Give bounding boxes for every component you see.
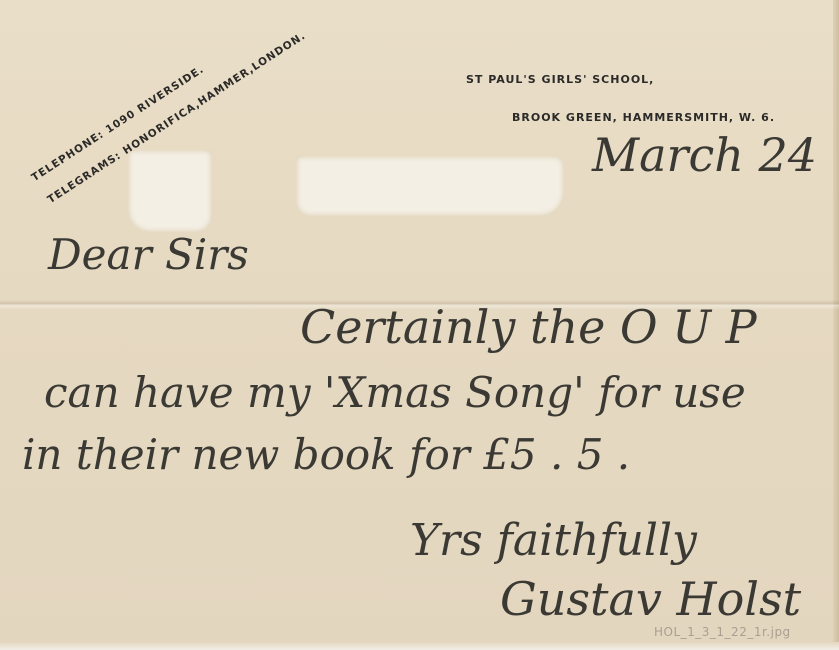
salutation: Dear Sirs (48, 230, 249, 279)
letterhead-address: BROOK GREEN, HAMMERSMITH, W. 6. (512, 111, 775, 124)
letterhead-school: ST PAUL'S GIRLS' SCHOOL, (466, 73, 654, 86)
body-line: can have my 'Xmas Song' for use (44, 368, 746, 417)
torn-patch (128, 150, 212, 232)
letter-date: March 24 (592, 128, 817, 182)
body-line: Certainly the O U P (300, 300, 757, 354)
body-line: in their new book for £5 . 5 . (22, 430, 630, 479)
letter-scan: TELEPHONE: 1090 RIVERSIDE. TELEGRAMS: HO… (0, 0, 839, 650)
torn-patch (296, 156, 564, 216)
file-watermark: HOL_1_3_1_22_1r.jpg (654, 625, 791, 639)
closing: Yrs faithfully (410, 515, 697, 566)
signature: Gustav Holst (500, 572, 801, 626)
paper-edge (833, 0, 839, 650)
paper-edge (0, 642, 839, 650)
